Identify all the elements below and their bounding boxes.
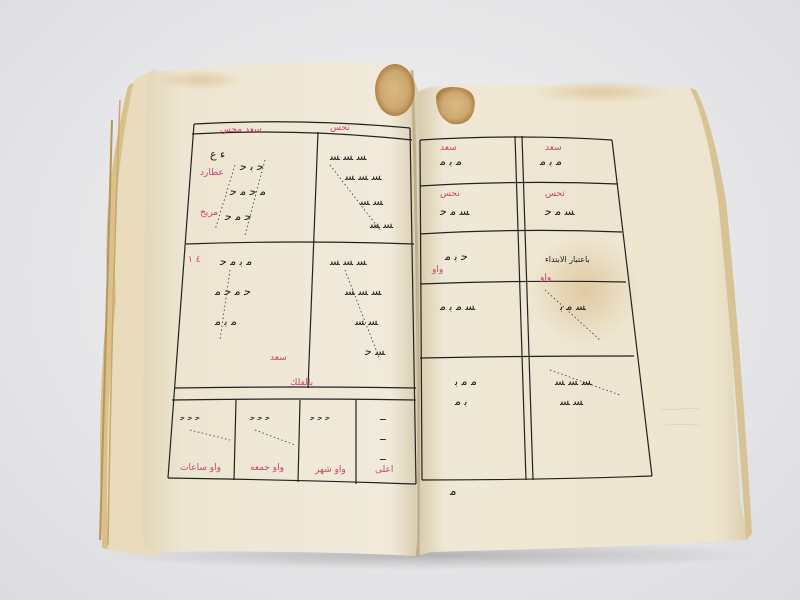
svg-text:ﻭﺍﻭ ﺳﺎﻋﺎﺕ: ﻭﺍﻭ ﺳﺎﻋﺎﺕ [180,463,221,473]
left-page [142,62,418,556]
svg-text:باعتبار الابتداء: باعتبار الابتداء [545,255,590,264]
svg-text:ﺳﻌﺪ: ﺳﻌﺪ [545,143,562,153]
svg-text:ﻣ ﺑ ﻣ: ﻣ ﺑ ﻣ [214,315,237,328]
svg-text:ﺳﻌﺪ: ﺳﻌﺪ [440,143,457,153]
svg-text:ﻧﺤﺲ: ﻧﺤﺲ [330,123,350,133]
svg-text:ﺴ ﺴ ﺴ: ﺴ ﺴ ﺴ [344,170,382,183]
svg-text:ﻭﺍﻭ ﺟﻤﻌﻪ: ﻭﺍﻭ ﺟﻤﻌﻪ [250,463,284,473]
svg-text:ﺴ ﺴ ﺴ: ﺴ ﺴ ﺴ [344,285,382,298]
svg-text:ﺴ ﻣ ﺣ: ﺴ ﻣ ﺣ [439,205,470,218]
svg-text:ﺴ ﺴ: ﺴ ﺴ [354,315,378,328]
water-stain-left [375,64,415,116]
svg-text:ﺴ ﻣ ﺑ ﻣ: ﺴ ﻣ ﺑ ﻣ [439,300,475,313]
svg-text:ﻣﺮﻳﺦ: ﻣﺮﻳﺦ [200,208,218,218]
svg-text:ﺴ ﺣ: ﺴ ﺣ [364,345,385,358]
svg-text:ــ: ــ [379,452,387,463]
svg-text:ﺣ ﺑ ﺣ: ﺣ ﺑ ﺣ [239,160,264,173]
svg-text:ﻧﺤﺲ: ﻧﺤﺲ [440,189,460,199]
svg-text:ﺣ ﻣ ﺣ ﻣ: ﺣ ﻣ ﺣ ﻣ [214,285,251,298]
svg-text:ﻭﺍﻭ ﺷﻬﺮ: ﻭﺍﻭ ﺷﻬﺮ [314,465,346,475]
svg-text:ﺣ ﻣ ﺣ: ﺣ ﻣ ﺣ [224,210,252,223]
svg-text:ﻭﺍﻭ: ﻭﺍﻭ [431,265,443,275]
svg-text:ﺴ ﺴ: ﺴ ﺴ [369,218,393,231]
svg-text:ﺣ ﺣ ﺣ: ﺣ ﺣ ﺣ [309,413,330,422]
svg-text:٤ ١: ٤ ١ [188,255,201,265]
svg-text:ﺴ ﺴ: ﺴ ﺴ [359,195,383,208]
svg-text:ﻣ ﺑ ﻣ: ﻣ ﺑ ﻣ [539,155,562,168]
svg-text:ﺑ ﻣ: ﺑ ﻣ [454,395,467,408]
svg-text:ﺑﺎﻟﻔﻠﻚ: ﺑﺎﻟﻔﻠﻚ [290,378,313,388]
svg-text:ﺴ ﺴ ﺴ: ﺴ ﺴ ﺴ [554,375,592,388]
svg-text:ــ: ــ [379,412,387,423]
svg-text:ﺣ ﺣ ﺣ: ﺣ ﺣ ﺣ [179,413,200,422]
svg-text:ﻣ ﺣ ﻣ ﺣ: ﻣ ﺣ ﻣ ﺣ [229,185,266,198]
svg-text:ﺣ ﺑ ﻣ: ﺣ ﺑ ﻣ [444,250,468,263]
svg-text:ﻣ ﺑ ﻣ ﺣ: ﻣ ﺑ ﻣ ﺣ [219,255,252,268]
svg-text:ﻣ ﺑ ﻣ: ﻣ ﺑ ﻣ [439,155,462,168]
open-manuscript: ء ع ﺣ ﺑ ﺣ ﻣ ﺣ ﻣ ﺣ ﺣ ﻣ ﺣ ﺴ ﺴ ﺴ ﺴ ﺴ ﺴ ﺴ ﺴ … [0,0,800,600]
svg-text:ﺍﻋﻠﻰ: ﺍﻋﻠﻰ [375,465,393,475]
svg-text:ﻧﺤﺲ: ﻧﺤﺲ [545,189,565,199]
foxing-stain [530,235,640,345]
svg-text:ﺴ ﺴ ﺴ: ﺴ ﺴ ﺴ [329,255,367,268]
svg-text:ء ع: ء ع [210,148,225,161]
svg-text:ﺴ ﻣ ﺣ: ﺴ ﻣ ﺣ [544,205,575,218]
svg-text:ﺴ ﺴ: ﺴ ﺴ [559,395,583,408]
svg-text:ﻭﺍﻭ: ﻭﺍﻭ [539,273,551,283]
svg-text:ﺳﻌﺪ: ﺳﻌﺪ [270,353,287,363]
svg-text:ﺴ ﺴ ﺴ: ﺴ ﺴ ﺴ [329,150,367,163]
svg-text:ﺳﻌﺪ ﻣﺤﺲ: ﺳﻌﺪ ﻣﺤﺲ [220,125,262,135]
svg-text:ــ: ــ [379,432,387,443]
svg-text:ﺣ ﺣ ﺣ: ﺣ ﺣ ﺣ [249,413,270,422]
svg-text:ﻣ: ﻣ [449,484,456,498]
svg-text:ﻣ ﻣ ﺑ: ﻣ ﻣ ﺑ [454,375,477,388]
svg-text:ﻋﻄﺎرﺩ: ﻋﻄﺎرﺩ [200,168,224,178]
